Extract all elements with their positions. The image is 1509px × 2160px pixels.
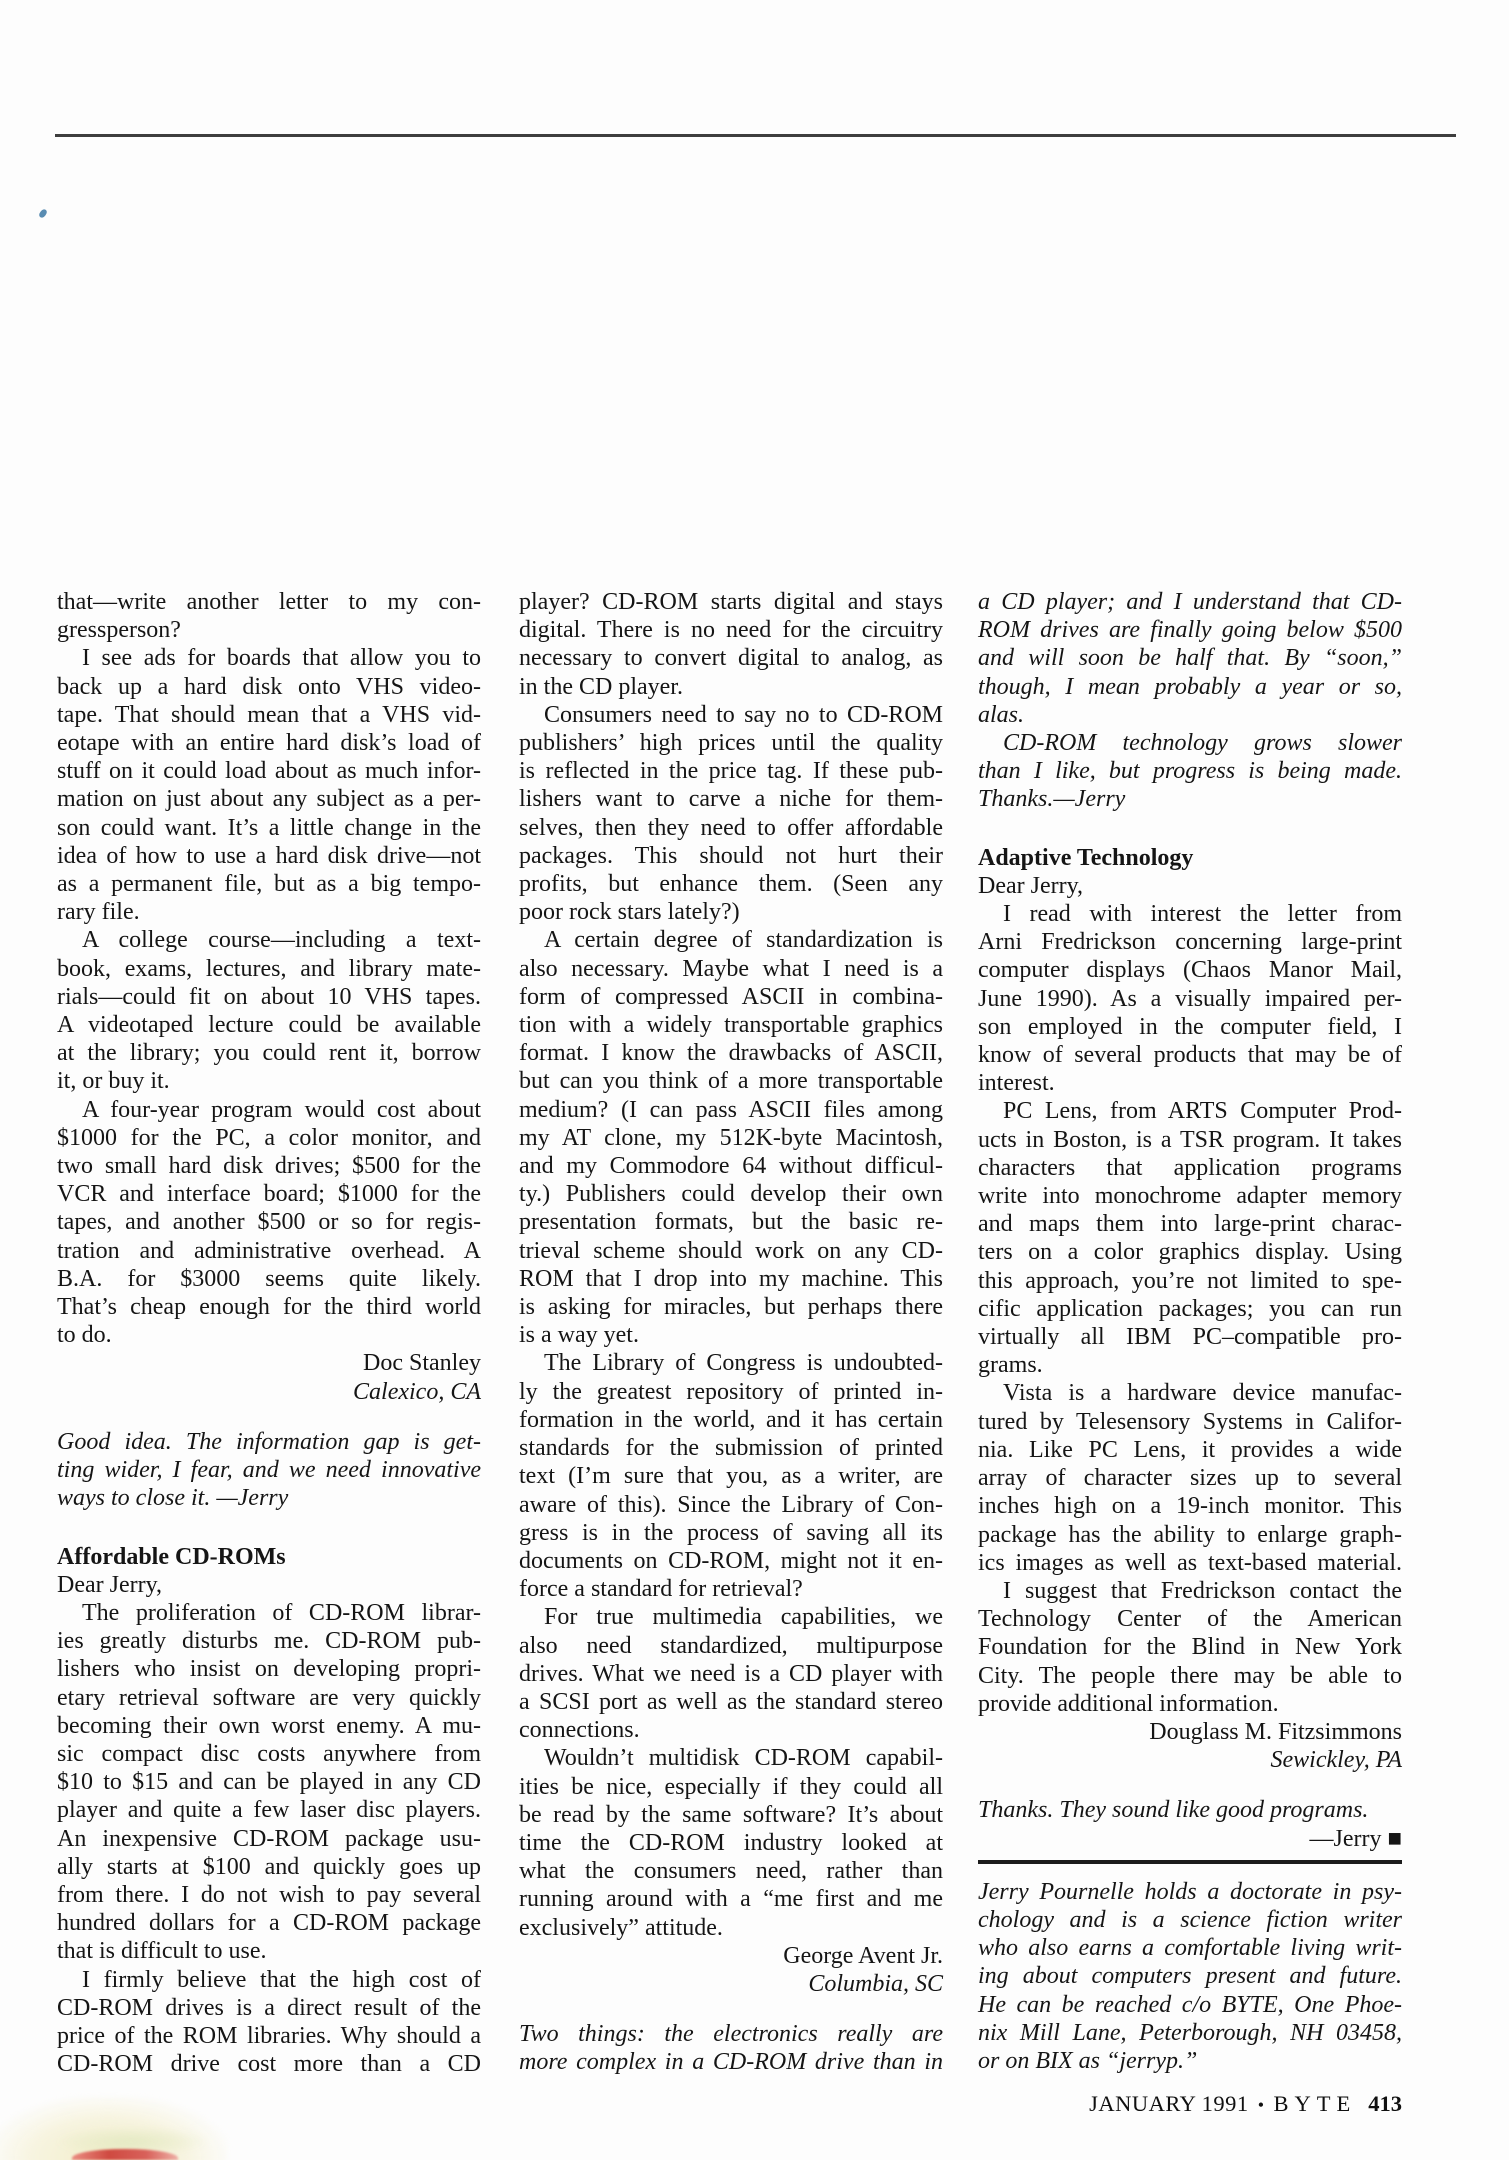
text-line: son could want. It’s a little change in … — [57, 814, 481, 842]
text-line: Columbia, SC — [519, 1970, 943, 1998]
text-line: documents on CD-ROM, might not it en- — [519, 1547, 943, 1575]
text-line: grams. — [978, 1351, 1402, 1379]
text-line: Technology Center of the American — [978, 1605, 1402, 1633]
text-line: $1000 for the PC, a color monitor, and — [57, 1124, 481, 1152]
paragraph: Vista is a hardware device manufac-tured… — [978, 1379, 1402, 1576]
text-line: though, I mean probably a year or so, — [978, 673, 1402, 701]
text-line: also need standardized, multipurpose — [519, 1632, 943, 1660]
text-line: ities be nice, especially if they could … — [519, 1773, 943, 1801]
text-line: CD-ROM drives is a direct result of the — [57, 1994, 481, 2022]
text-line: He can be reached c/o BYTE, One Phoe- — [978, 1991, 1402, 2019]
text-line: player? CD-ROM starts digital and stays — [519, 588, 943, 616]
text-line: mation on just about any subject as a pe… — [57, 785, 481, 813]
text-line: Foundation for the Blind in New York — [978, 1633, 1402, 1661]
text-line: characters that application programs — [978, 1154, 1402, 1182]
text-line: to do. — [57, 1321, 481, 1349]
text-line: be read by the same software? It’s about — [519, 1801, 943, 1829]
text-line: Arni Fredrickson concerning large-print — [978, 928, 1402, 956]
top-divider-rule — [55, 134, 1456, 137]
text-line: array of character sizes up to several — [978, 1464, 1402, 1492]
text-line: profits, but enhance them. (Seen any — [519, 870, 943, 898]
text-line: tration and administrative overhead. A — [57, 1237, 481, 1265]
paragraph: Wouldn’t multidisk CD-ROM capabil-ities … — [519, 1744, 943, 1941]
text-line: trieval scheme should work on any CD- — [519, 1237, 943, 1265]
paragraph: The proliferation of CD-ROM librar-ies g… — [57, 1599, 481, 1966]
magazine-page: that—write another letter to my con-gres… — [0, 0, 1509, 2160]
text-line: packages. This should not hurt their — [519, 842, 943, 870]
text-line: standards for the submission of printed — [519, 1434, 943, 1462]
text-line: tape. That should mean that a VHS vid- — [57, 701, 481, 729]
text-line: stuff on it could load about as much inf… — [57, 757, 481, 785]
text-line: tion with a widely transportable graphic… — [519, 1011, 943, 1039]
signature-name: George Avent Jr. — [519, 1942, 943, 1970]
text-line: text (I’m sure that you, as a writer, ar… — [519, 1462, 943, 1490]
paragraph: I suggest that Fredrickson contact theTe… — [978, 1577, 1402, 1718]
text-line: lishers who insist on developing propri- — [57, 1655, 481, 1683]
text-line: idea of how to use a hard disk drive—not — [57, 842, 481, 870]
text-line: eotape with an entire hard disk’s load o… — [57, 729, 481, 757]
text-line: rary file. — [57, 898, 481, 926]
text-line: publishers’ high prices until the qualit… — [519, 729, 943, 757]
text-line: I suggest that Fredrickson contact the — [978, 1577, 1402, 1605]
text-line: tured by Telesensory Systems in Califor- — [978, 1408, 1402, 1436]
text-line: The proliferation of CD-ROM librar- — [57, 1599, 481, 1627]
text-line: The Library of Congress is undoubted- — [519, 1349, 943, 1377]
text-line: Dear Jerry, — [978, 872, 1402, 900]
paragraph: A four-year program would cost about$100… — [57, 1096, 481, 1350]
text-line: alas. — [978, 701, 1402, 729]
editor-reply: CD-ROM technology grows slowerthan I lik… — [978, 729, 1402, 814]
text-line: hundred dollars for a CD-ROM package — [57, 1909, 481, 1937]
salutation: Dear Jerry, — [57, 1571, 481, 1599]
text-line: form of compressed ASCII in combina- — [519, 983, 943, 1011]
editor-reply: a CD player; and I understand that CD-RO… — [978, 588, 1402, 729]
text-line: back up a hard disk onto VHS video- — [57, 673, 481, 701]
text-line: it, or buy it. — [57, 1067, 481, 1095]
text-line: book, exams, lectures, and library mate- — [57, 955, 481, 983]
salutation: Dear Jerry, — [978, 872, 1402, 900]
text-line: two small hard disk drives; $500 for the — [57, 1152, 481, 1180]
text-line: Vista is a hardware device manufac- — [978, 1379, 1402, 1407]
text-line: ly the greatest repository of printed in… — [519, 1378, 943, 1406]
text-line: Good idea. The information gap is get- — [57, 1428, 481, 1456]
paragraph: PC Lens, from ARTS Computer Prod-ucts in… — [978, 1097, 1402, 1379]
text-line: is reflected in the price tag. If these … — [519, 757, 943, 785]
text-line: sic compact disc costs anywhere from — [57, 1740, 481, 1768]
text-line: For true multimedia capabilities, we — [519, 1603, 943, 1631]
text-line: $10 to $15 and can be played in any CD — [57, 1768, 481, 1796]
footer-issue: JANUARY 1991 — [1089, 2091, 1249, 2116]
text-line: a CD player; and I understand that CD- — [978, 588, 1402, 616]
text-line: a SCSI port as well as the standard ster… — [519, 1688, 943, 1716]
scan-speck — [38, 208, 48, 219]
scan-artifact-red-sliver — [72, 2149, 178, 2160]
text-line: at the library; you could rent it, borro… — [57, 1039, 481, 1067]
text-line: ting wider, I fear, and we need innovati… — [57, 1456, 481, 1484]
text-line: that is difficult to use. — [57, 1937, 481, 1965]
footer-bullet: • — [1258, 2095, 1265, 2115]
text-line: and maps them into large-print charac- — [978, 1210, 1402, 1238]
text-line: nix Mill Lane, Peterborough, NH 03458, — [978, 2019, 1402, 2047]
text-line: CD-ROM technology grows slower — [978, 729, 1402, 757]
text-line: cific application packages; you can run — [978, 1295, 1402, 1323]
paragraph: I see ads for boards that allow you toba… — [57, 644, 481, 926]
page-footer: JANUARY 1991•BYTE413 — [1089, 2090, 1402, 2119]
text-line: ters on a color graphics display. Using — [978, 1238, 1402, 1266]
column-right: a CD player; and I understand that CD-RO… — [978, 588, 1402, 2075]
paragraph: that—write another letter to my con-gres… — [57, 588, 481, 644]
text-line: ics images as well as text-based materia… — [978, 1549, 1402, 1577]
text-line: and my Commodore 64 without difficul- — [519, 1152, 943, 1180]
text-line: June 1990). As a visually impaired per- — [978, 985, 1402, 1013]
text-line: son employed in the computer field, I — [978, 1013, 1402, 1041]
text-line: than I like, but progress is being made. — [978, 757, 1402, 785]
text-line: etary retrieval software are very quickl… — [57, 1684, 481, 1712]
text-line: player and quite a few laser disc player… — [57, 1796, 481, 1824]
text-line: my AT clone, my 512K-byte Macintosh, — [519, 1124, 943, 1152]
text-line: and will soon be half that. By “soon,” — [978, 644, 1402, 672]
text-line: Affordable CD-ROMs — [57, 1543, 481, 1571]
text-line: Sewickley, PA — [978, 1746, 1402, 1774]
text-line: Thanks.—Jerry — [978, 785, 1402, 813]
paragraph: For true multimedia capabilities, wealso… — [519, 1603, 943, 1744]
letter-heading: Adaptive Technology — [978, 844, 1402, 872]
text-line: also necessary. Maybe what I need is a — [519, 955, 943, 983]
letter-heading: Affordable CD-ROMs — [57, 1543, 481, 1571]
text-line: virtually all IBM PC–compatible pro- — [978, 1323, 1402, 1351]
paragraph: A certain degree of standardization isal… — [519, 926, 943, 1349]
text-line: A four-year program would cost about — [57, 1096, 481, 1124]
text-line: VCR and interface board; $1000 for the — [57, 1180, 481, 1208]
text-line: that—write another letter to my con- — [57, 588, 481, 616]
text-line: City. The people there may be able to — [978, 1662, 1402, 1690]
text-line: Two things: the electronics really are — [519, 2020, 943, 2048]
text-line: necessary to convert digital to analog, … — [519, 644, 943, 672]
text-line: poor rock stars lately?) — [519, 898, 943, 926]
text-line: provide additional information. — [978, 1690, 1402, 1718]
text-line: A videotaped lecture could be available — [57, 1011, 481, 1039]
text-line: who also earns a comfortable living writ… — [978, 1934, 1402, 1962]
text-line: nia. Like PC Lens, it provides a wide — [978, 1436, 1402, 1464]
text-line: ways to close it. —Jerry — [57, 1484, 481, 1512]
text-line: That’s cheap enough for the third world — [57, 1293, 481, 1321]
paragraph: Consumers need to say no to CD-ROMpublis… — [519, 701, 943, 927]
text-line: gressperson? — [57, 616, 481, 644]
editor-reply: Thanks. They sound like good programs. — [978, 1796, 1402, 1824]
paragraph: The Library of Congress is undoubted-ly … — [519, 1349, 943, 1603]
text-line: but can you think of a more transportabl… — [519, 1067, 943, 1095]
text-line: know of several products that may be of — [978, 1041, 1402, 1069]
signature-location: Calexico, CA — [57, 1378, 481, 1406]
text-line: drives. What we need is a CD player with — [519, 1660, 943, 1688]
text-line: ROM drives are finally going below $500 — [978, 616, 1402, 644]
footer-page-number: 413 — [1368, 2091, 1402, 2116]
text-line: gress is in the process of saving all it… — [519, 1519, 943, 1547]
editor-reply: Two things: the electronics really aremo… — [519, 2020, 943, 2076]
text-line: I see ads for boards that allow you to — [57, 644, 481, 672]
text-line: ucts in Boston, is a TSR program. It tak… — [978, 1126, 1402, 1154]
text-line: chology and is a science fiction writer — [978, 1906, 1402, 1934]
bio-divider-rule — [978, 1860, 1402, 1864]
text-line: from there. I do not wish to pay several — [57, 1881, 481, 1909]
text-line: in the CD player. — [519, 673, 943, 701]
text-line: selves, then they need to offer affordab… — [519, 814, 943, 842]
text-line: package has the ability to enlarge graph… — [978, 1521, 1402, 1549]
text-line: I read with interest the letter from — [978, 900, 1402, 928]
paragraph: I read with interest the letter fromArni… — [978, 900, 1402, 1097]
signature-name: Doc Stanley — [57, 1349, 481, 1377]
text-line: Thanks. They sound like good programs. — [978, 1796, 1402, 1824]
text-line: digital. There is no need for the circui… — [519, 616, 943, 644]
text-line: ty.) Publishers could develop their own — [519, 1180, 943, 1208]
text-line: format. I know the drawbacks of ASCII, — [519, 1039, 943, 1067]
text-line: Wouldn’t multidisk CD-ROM capabil- — [519, 1744, 943, 1772]
text-line: is asking for miracles, but perhaps ther… — [519, 1293, 943, 1321]
text-line: Consumers need to say no to CD-ROM — [519, 701, 943, 729]
text-line: Dear Jerry, — [57, 1571, 481, 1599]
paragraph: A college course—including a text-book, … — [57, 926, 481, 1095]
text-line: —Jerry ■ — [978, 1825, 1402, 1853]
text-line: ies greatly disturbs me. CD-ROM pub- — [57, 1627, 481, 1655]
text-line: exclusively” attitude. — [519, 1914, 943, 1942]
text-line: as a permanent file, but as a big tempo- — [57, 870, 481, 898]
text-line: Calexico, CA — [57, 1378, 481, 1406]
text-line: Adaptive Technology — [978, 844, 1402, 872]
text-line: CD-ROM drive cost more than a CD — [57, 2050, 481, 2078]
text-line: ing about computers present and future. — [978, 1962, 1402, 1990]
text-line: An inexpensive CD-ROM package usu- — [57, 1825, 481, 1853]
text-line: I firmly believe that the high cost of — [57, 1966, 481, 1994]
editor-reply-signature: —Jerry ■ — [978, 1825, 1402, 1853]
text-line: A college course—including a text- — [57, 926, 481, 954]
text-line: B.A. for $3000 seems quite likely. — [57, 1265, 481, 1293]
text-line: computer displays (Chaos Manor Mail, — [978, 956, 1402, 984]
text-line: formation in the world, and it has certa… — [519, 1406, 943, 1434]
signature-name: Douglass M. Fitzsimmons — [978, 1718, 1402, 1746]
text-line: write into monochrome adapter memory — [978, 1182, 1402, 1210]
paragraph: I firmly believe that the high cost ofCD… — [57, 1966, 481, 2079]
text-line: Jerry Pournelle holds a doctorate in psy… — [978, 1878, 1402, 1906]
text-line: medium? (I can pass ASCII files among — [519, 1096, 943, 1124]
text-line: inches high on a 19-inch monitor. This — [978, 1492, 1402, 1520]
text-line: George Avent Jr. — [519, 1942, 943, 1970]
text-line: tapes, and another $500 or so for regis- — [57, 1208, 481, 1236]
text-line: what the consumers need, rather than — [519, 1857, 943, 1885]
footer-magazine: BYTE — [1274, 2091, 1357, 2116]
text-line: Douglass M. Fitzsimmons — [978, 1718, 1402, 1746]
text-line: aware of this). Since the Library of Con… — [519, 1491, 943, 1519]
text-line: price of the ROM libraries. Why should a — [57, 2022, 481, 2050]
paragraph: player? CD-ROM starts digital and staysd… — [519, 588, 943, 701]
text-line: running around with a “me first and me — [519, 1885, 943, 1913]
text-line: connections. — [519, 1716, 943, 1744]
signature-location: Columbia, SC — [519, 1970, 943, 1998]
column-middle: player? CD-ROM starts digital and staysd… — [519, 588, 943, 2077]
text-line: or on BIX as “jerryp.” — [978, 2047, 1402, 2075]
text-line: becoming their own worst enemy. A mu- — [57, 1712, 481, 1740]
text-line: more complex in a CD-ROM drive than in — [519, 2048, 943, 2076]
text-line: interest. — [978, 1069, 1402, 1097]
text-line: PC Lens, from ARTS Computer Prod- — [978, 1097, 1402, 1125]
signature-location: Sewickley, PA — [978, 1746, 1402, 1774]
text-line: lishers want to carve a niche for them- — [519, 785, 943, 813]
text-line: time the CD-ROM industry looked at — [519, 1829, 943, 1857]
text-line: A certain degree of standardization is — [519, 926, 943, 954]
text-line: presentation formats, but the basic re- — [519, 1208, 943, 1236]
text-line: ally starts at $100 and quickly goes up — [57, 1853, 481, 1881]
text-line: rials—could fit on about 10 VHS tapes. — [57, 983, 481, 1011]
column-left: that—write another letter to my con-gres… — [57, 588, 481, 2078]
editor-reply: Good idea. The information gap is get-ti… — [57, 1428, 481, 1513]
text-line: Doc Stanley — [57, 1349, 481, 1377]
text-line: force a standard for retrieval? — [519, 1575, 943, 1603]
text-line: is a way yet. — [519, 1321, 943, 1349]
text-line: ROM that I drop into my machine. This — [519, 1265, 943, 1293]
author-bio: Jerry Pournelle holds a doctorate in psy… — [978, 1878, 1402, 2075]
text-line: this approach, you’re not limited to spe… — [978, 1267, 1402, 1295]
